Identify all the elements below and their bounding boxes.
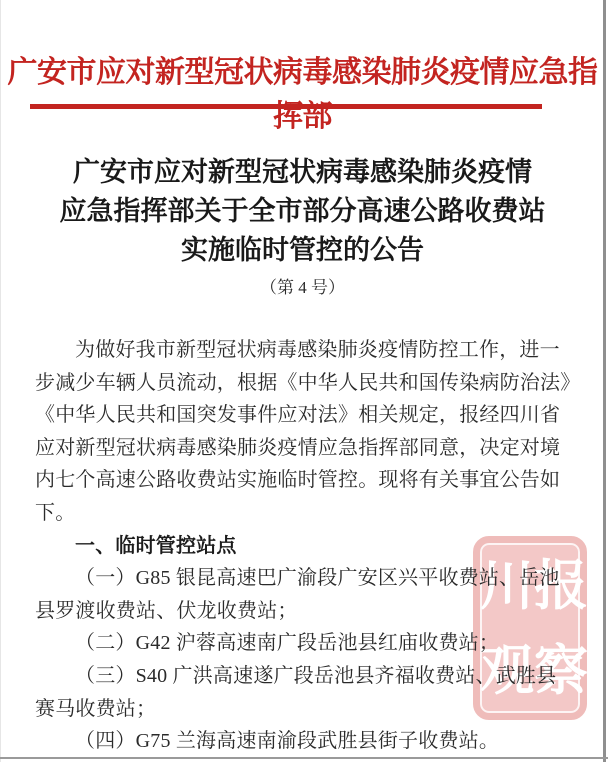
letterhead-banner: 广安市应对新型冠状病毒感染肺炎疫情应急指挥部 <box>0 47 605 135</box>
title-line: 广安市应对新型冠状病毒感染肺炎疫情 <box>0 153 605 192</box>
body-line: 下。 <box>35 497 581 530</box>
body-line: 《中华人民共和国突发事件应对法》相关规定，报经四川省 <box>35 399 581 432</box>
list-line: 县罗渡收费站、伏龙收费站； <box>35 595 581 628</box>
body-line: 步减少车辆人员流动，根据《中华人民共和国传染病防治法》 <box>35 367 581 400</box>
body-line: 为做好我市新型冠状病毒感染肺炎疫情防控工作，进一 <box>35 334 581 367</box>
notice-document-page: 川 报 观 察 广安市应对新型冠状病毒感染肺炎疫情应急指挥部 广安市应对新型冠状… <box>0 0 612 762</box>
list-line: 赛马收费站； <box>35 693 581 726</box>
list-line: （一）G85 银昆高速巴广渝段广安区兴平收费站、岳池 <box>35 562 581 595</box>
body-line: 内七个高速公路收费站实施临时管控。现将有关事宜公告如 <box>35 464 581 497</box>
document-body: 为做好我市新型冠状病毒感染肺炎疫情防控工作，进一 步减少车辆人员流动，根据《中华… <box>35 334 581 758</box>
title-line: 应急指挥部关于全市部分高速公路收费站 <box>0 192 605 231</box>
body-line: 应对新型冠状病毒感染肺炎疫情应急指挥部同意，决定对境 <box>35 432 581 465</box>
title-line: 实施临时管控的公告 <box>0 231 605 270</box>
list-line: （四）G75 兰海高速南渝段武胜县街子收费站。 <box>35 725 581 758</box>
list-line: （三）S40 广洪高速遂广段岳池县齐福收费站、武胜县 <box>35 660 581 693</box>
document-title: 广安市应对新型冠状病毒感染肺炎疫情 应急指挥部关于全市部分高速公路收费站 实施临… <box>0 153 605 270</box>
document-number: （第 4 号） <box>0 273 605 298</box>
list-line: （二）G42 沪蓉高速南广段岳池县红庙收费站； <box>35 627 581 660</box>
section-heading: 一、临时管控站点 <box>35 530 581 563</box>
letterhead-rule <box>30 104 542 109</box>
